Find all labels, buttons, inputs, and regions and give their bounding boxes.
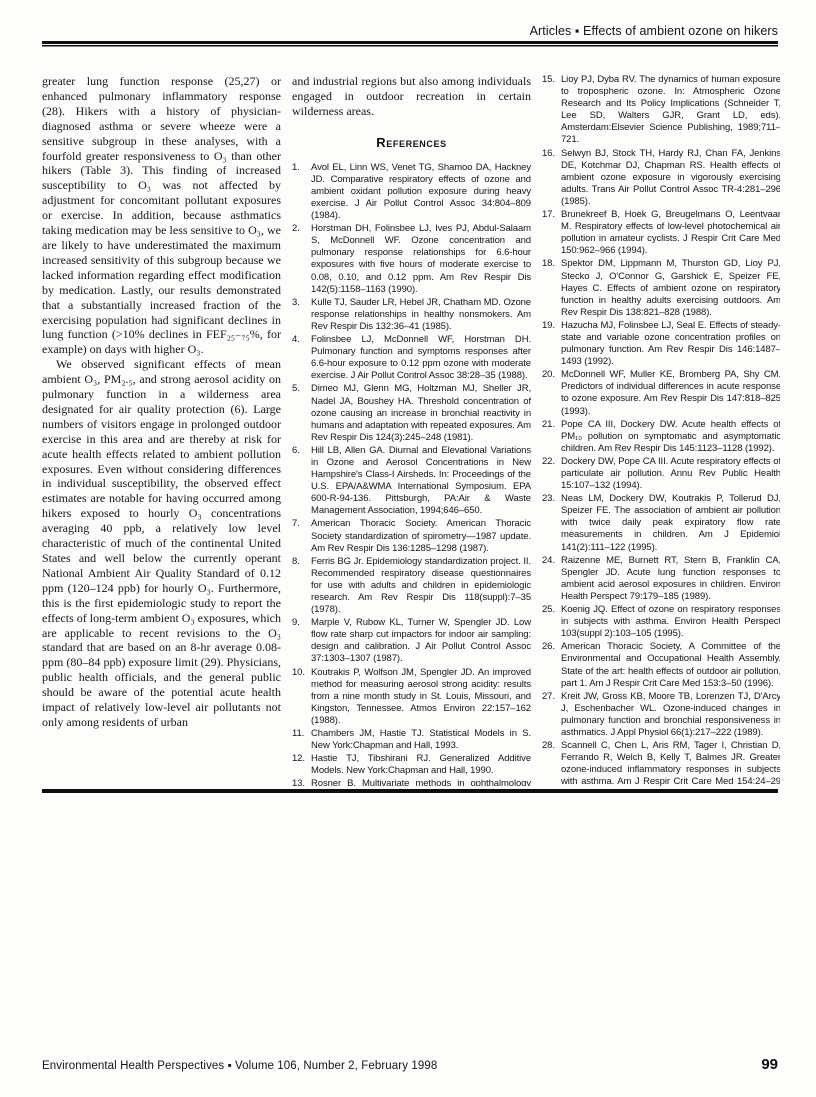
column-right: 15.Lioy PJ, Dyba RV. The dynamics of hum… bbox=[542, 74, 780, 786]
reference-number: 20. bbox=[542, 369, 561, 417]
reference-item: 20.McDonnell WF, Muller KE, Bromberg PA,… bbox=[542, 369, 780, 417]
reference-text: Raizenne ME, Burnett RT, Stern B, Frankl… bbox=[561, 555, 780, 603]
reference-text: Neas LM, Dockery DW, Koutrakis P, Toller… bbox=[561, 493, 780, 553]
reference-text: Chambers JM, Hastie TJ. Statistical Mode… bbox=[311, 728, 531, 752]
reference-number: 19. bbox=[542, 320, 561, 368]
reference-number: 13. bbox=[292, 778, 311, 786]
reference-text: Lioy PJ, Dyba RV. The dynamics of human … bbox=[561, 74, 780, 147]
reference-number: 8. bbox=[292, 556, 311, 616]
reference-item: 18.Spektor DM, Lippmann M, Thurston GD, … bbox=[542, 258, 780, 318]
reference-item: 5.Dimeo MJ, Glenn MG, Holtzman MJ, Shell… bbox=[292, 383, 531, 443]
reference-item: 7.American Thoracic Society. American Th… bbox=[292, 518, 531, 554]
reference-item: 25.Koenig JQ. Effect of ozone on respira… bbox=[542, 604, 780, 640]
reference-item: 23.Neas LM, Dockery DW, Koutrakis P, Tol… bbox=[542, 493, 780, 553]
reference-item: 26.American Thoracic Society, A Committe… bbox=[542, 641, 780, 689]
reference-number: 17. bbox=[542, 209, 561, 257]
reference-text: Spektor DM, Lippmann M, Thurston GD, Lio… bbox=[561, 258, 780, 318]
reference-item: 15.Lioy PJ, Dyba RV. The dynamics of hum… bbox=[542, 74, 780, 147]
reference-text: Hastie TJ, Tibshirani RJ. Generalized Ad… bbox=[311, 753, 531, 777]
reference-text: American Thoracic Society. American Thor… bbox=[311, 518, 531, 554]
column-left: greater lung function response (25,27) o… bbox=[42, 74, 281, 786]
reference-text: Kreit JW, Gross KB, Moore TB, Lorenzen T… bbox=[561, 691, 780, 739]
reference-number: 7. bbox=[292, 518, 311, 554]
reference-text: Scannell C, Chen L, Aris RM, Tager I, Ch… bbox=[561, 740, 780, 786]
reference-item: 27.Kreit JW, Gross KB, Moore TB, Lorenze… bbox=[542, 691, 780, 739]
reference-text: Koenig JQ. Effect of ozone on respirator… bbox=[561, 604, 780, 640]
reference-text: Horstman DH, Folinsbee LJ, Ives PJ, Abdu… bbox=[311, 223, 531, 296]
reference-item: 16.Selwyn BJ, Stock TH, Hardy RJ, Chan F… bbox=[542, 148, 780, 208]
reference-number: 11. bbox=[292, 728, 311, 752]
reference-text: Pope CA III, Dockery DW. Acute health ef… bbox=[561, 419, 780, 455]
reference-text: Brunekreef B, Hoek G, Breugelmans O, Lee… bbox=[561, 209, 780, 257]
reference-number: 9. bbox=[292, 617, 311, 665]
reference-number: 26. bbox=[542, 641, 561, 689]
running-head: Articles ▪ Effects of ambient ozone on h… bbox=[42, 24, 778, 38]
references-list-part2: 15.Lioy PJ, Dyba RV. The dynamics of hum… bbox=[542, 74, 780, 786]
bottom-rule bbox=[42, 789, 778, 793]
references-list-part1: 1.Avol EL, Linn WS, Venet TG, Shamoo DA,… bbox=[292, 162, 531, 786]
reference-item: 22.Dockery DW, Pope CA III. Acute respir… bbox=[542, 456, 780, 492]
reference-number: 24. bbox=[542, 555, 561, 603]
reference-item: 21.Pope CA III, Dockery DW. Acute health… bbox=[542, 419, 780, 455]
reference-text: Ferris BG Jr. Epidemiology standardizati… bbox=[311, 556, 531, 616]
header-rule bbox=[42, 41, 778, 45]
footer-journal-info: Environmental Health Perspectives ▪ Volu… bbox=[42, 1060, 437, 1072]
reference-number: 18. bbox=[542, 258, 561, 318]
page-footer: Environmental Health Perspectives ▪ Volu… bbox=[42, 1056, 778, 1073]
reference-item: 17.Brunekreef B, Hoek G, Breugelmans O, … bbox=[542, 209, 780, 257]
page-columns: greater lung function response (25,27) o… bbox=[42, 74, 780, 786]
reference-text: Rosner B. Multivariate methods in ophtha… bbox=[311, 778, 531, 786]
reference-number: 27. bbox=[542, 691, 561, 739]
reference-number: 4. bbox=[292, 334, 311, 382]
body-paragraph: We observed significant effects of mean … bbox=[42, 357, 281, 730]
column-middle: and industrial regions but also among in… bbox=[292, 74, 531, 786]
reference-number: 22. bbox=[542, 456, 561, 492]
reference-text: Marple V, Rubow KL, Turner W, Spengler J… bbox=[311, 617, 531, 665]
reference-number: 21. bbox=[542, 419, 561, 455]
reference-item: 11.Chambers JM, Hastie TJ. Statistical M… bbox=[292, 728, 531, 752]
reference-number: 16. bbox=[542, 148, 561, 208]
reference-item: 12.Hastie TJ, Tibshirani RJ. Generalized… bbox=[292, 753, 531, 777]
reference-number: 1. bbox=[292, 162, 311, 222]
reference-number: 28. bbox=[542, 740, 561, 786]
reference-number: 23. bbox=[542, 493, 561, 553]
reference-number: 15. bbox=[542, 74, 561, 147]
reference-text: Dockery DW, Pope CA III. Acute respirato… bbox=[561, 456, 780, 492]
body-paragraph: greater lung function response (25,27) o… bbox=[42, 74, 281, 357]
journal-page: Articles ▪ Effects of ambient ozone on h… bbox=[0, 0, 816, 1097]
reference-number: 5. bbox=[292, 383, 311, 443]
reference-item: 13.Rosner B. Multivariate methods in oph… bbox=[292, 778, 531, 786]
reference-item: 24.Raizenne ME, Burnett RT, Stern B, Fra… bbox=[542, 555, 780, 603]
footer-page-number: 99 bbox=[761, 1056, 778, 1073]
reference-number: 3. bbox=[292, 297, 311, 333]
reference-item: 6.Hill LB, Allen GA. Diurnal and Elevati… bbox=[292, 445, 531, 518]
reference-text: Folinsbee LJ, McDonnell WF, Horstman DH.… bbox=[311, 334, 531, 382]
body-paragraph: and industrial regions but also among in… bbox=[292, 74, 531, 119]
reference-number: 25. bbox=[542, 604, 561, 640]
reference-text: Koutrakis P, Wolfson JM, Spengler JD. An… bbox=[311, 667, 531, 727]
reference-item: 19.Hazucha MJ, Folinsbee LJ, Seal E. Eff… bbox=[542, 320, 780, 368]
reference-text: American Thoracic Society, A Committee o… bbox=[561, 641, 780, 689]
reference-text: Hill LB, Allen GA. Diurnal and Elevation… bbox=[311, 445, 531, 518]
reference-item: 9.Marple V, Rubow KL, Turner W, Spengler… bbox=[292, 617, 531, 665]
reference-item: 10.Koutrakis P, Wolfson JM, Spengler JD.… bbox=[292, 667, 531, 727]
reference-text: McDonnell WF, Muller KE, Bromberg PA, Sh… bbox=[561, 369, 780, 417]
reference-text: Avol EL, Linn WS, Venet TG, Shamoo DA, H… bbox=[311, 162, 531, 222]
reference-number: 10. bbox=[292, 667, 311, 727]
reference-item: 4.Folinsbee LJ, McDonnell WF, Horstman D… bbox=[292, 334, 531, 382]
reference-item: 8.Ferris BG Jr. Epidemiology standardiza… bbox=[292, 556, 531, 616]
reference-number: 6. bbox=[292, 445, 311, 518]
reference-text: Dimeo MJ, Glenn MG, Holtzman MJ, Sheller… bbox=[311, 383, 531, 443]
reference-text: Selwyn BJ, Stock TH, Hardy RJ, Chan FA, … bbox=[561, 148, 780, 208]
references-heading: References bbox=[292, 135, 531, 150]
reference-item: 2.Horstman DH, Folinsbee LJ, Ives PJ, Ab… bbox=[292, 223, 531, 296]
reference-item: 3.Kulle TJ, Sauder LR, Hebel JR, Chatham… bbox=[292, 297, 531, 333]
reference-number: 12. bbox=[292, 753, 311, 777]
reference-text: Kulle TJ, Sauder LR, Hebel JR, Chatham M… bbox=[311, 297, 531, 333]
reference-item: 28.Scannell C, Chen L, Aris RM, Tager I,… bbox=[542, 740, 780, 786]
reference-number: 2. bbox=[292, 223, 311, 296]
reference-item: 1.Avol EL, Linn WS, Venet TG, Shamoo DA,… bbox=[292, 162, 531, 222]
reference-text: Hazucha MJ, Folinsbee LJ, Seal E. Effect… bbox=[561, 320, 780, 368]
